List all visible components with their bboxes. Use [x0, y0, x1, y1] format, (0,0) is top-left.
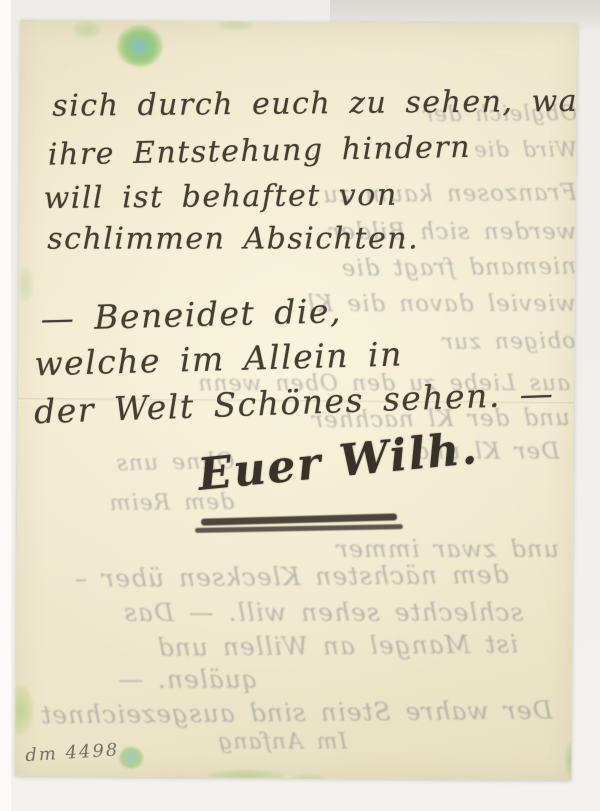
ink-stain	[207, 769, 285, 780]
letter-page: Obgleich der Wird die Franzosen kaum zu …	[15, 20, 577, 780]
bleed-through-line: ist Mangel an Willen und	[38, 630, 518, 664]
bleed-through-line: niemand fragt die	[281, 254, 576, 283]
signature-underline-stroke	[195, 524, 403, 533]
handwriting-line: ihre Entstehung hindern	[48, 130, 472, 173]
catalog-number: dm 4498	[25, 739, 120, 766]
ink-stain	[119, 747, 143, 769]
ink-stain	[565, 742, 577, 776]
ink-stain	[19, 268, 33, 302]
ink-stain	[15, 686, 34, 734]
ink-stain	[117, 25, 163, 67]
signature: Euer Wilh.	[196, 423, 481, 501]
ink-stain	[73, 20, 101, 38]
ink-stain	[292, 774, 326, 780]
handwriting-line: — Beneidet die,	[40, 291, 342, 338]
bleed-through-line: schlechte sehen will. — Das	[53, 598, 523, 627]
handwriting-line: sich durch euch zu sehen, was	[52, 84, 577, 124]
bleed-through-line: quälen. —	[38, 665, 258, 694]
bleed-through-line: dem nächsten Klecksen über –	[88, 560, 508, 593]
handwriting-line: will ist behaftet von	[43, 178, 397, 216]
scanned-letter-photo: Obgleich der Wird die Franzosen kaum zu …	[0, 0, 600, 811]
bleed-through-line: obigen zur	[420, 329, 575, 355]
bleed-through-line: Im Anfang	[147, 730, 347, 755]
ink-stain	[218, 20, 254, 31]
bleed-through-line: Der wahre Stein sind ausgezeichnet	[52, 696, 552, 730]
scan-left-margin	[0, 0, 11, 811]
handwriting-line: schlimmen Absichten.	[47, 221, 419, 256]
bleed-through-line: und zwar immer	[299, 535, 559, 563]
bleed-through-line: wieviel davon die Kl	[301, 291, 576, 317]
